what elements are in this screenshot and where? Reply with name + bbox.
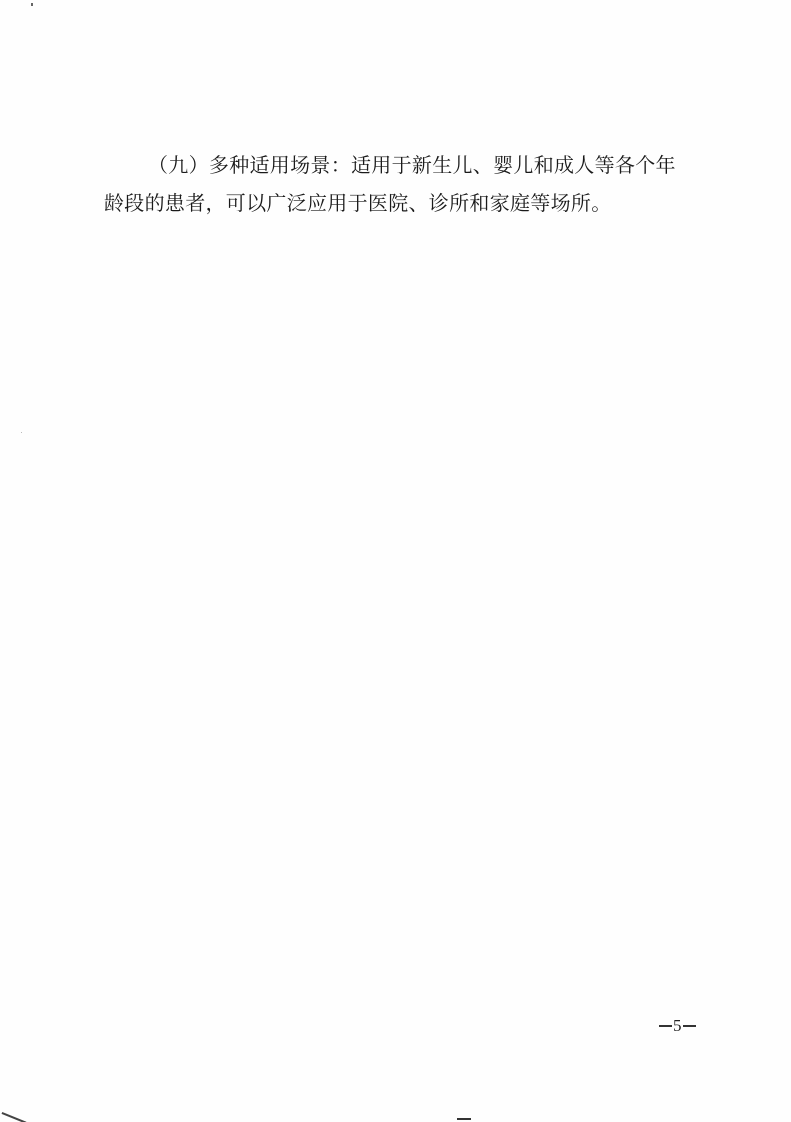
page-number-dash-left <box>659 1025 672 1026</box>
scan-speck <box>31 3 33 6</box>
page-number-value: 5 <box>672 1016 683 1036</box>
body-paragraph-usage-scenarios: （九）多种适用场景：适用于新生儿、婴儿和成人等各个年 龄段的患者，可以广泛应用于… <box>104 146 700 222</box>
document-page: （九）多种适用场景：适用于新生儿、婴儿和成人等各个年 龄段的患者，可以广泛应用于… <box>0 0 791 1122</box>
page-number-dash-right <box>683 1025 696 1026</box>
scan-edge-mark <box>2 1112 27 1122</box>
paragraph-line-1: （九）多种适用场景：适用于新生儿、婴儿和成人等各个年 <box>104 146 700 184</box>
scan-speck <box>21 432 22 433</box>
paragraph-line-2: 龄段的患者，可以广泛应用于医院、诊所和家庭等场所。 <box>104 184 700 222</box>
page-number: 5 <box>659 1016 696 1036</box>
scan-edge-mark <box>457 1118 471 1120</box>
